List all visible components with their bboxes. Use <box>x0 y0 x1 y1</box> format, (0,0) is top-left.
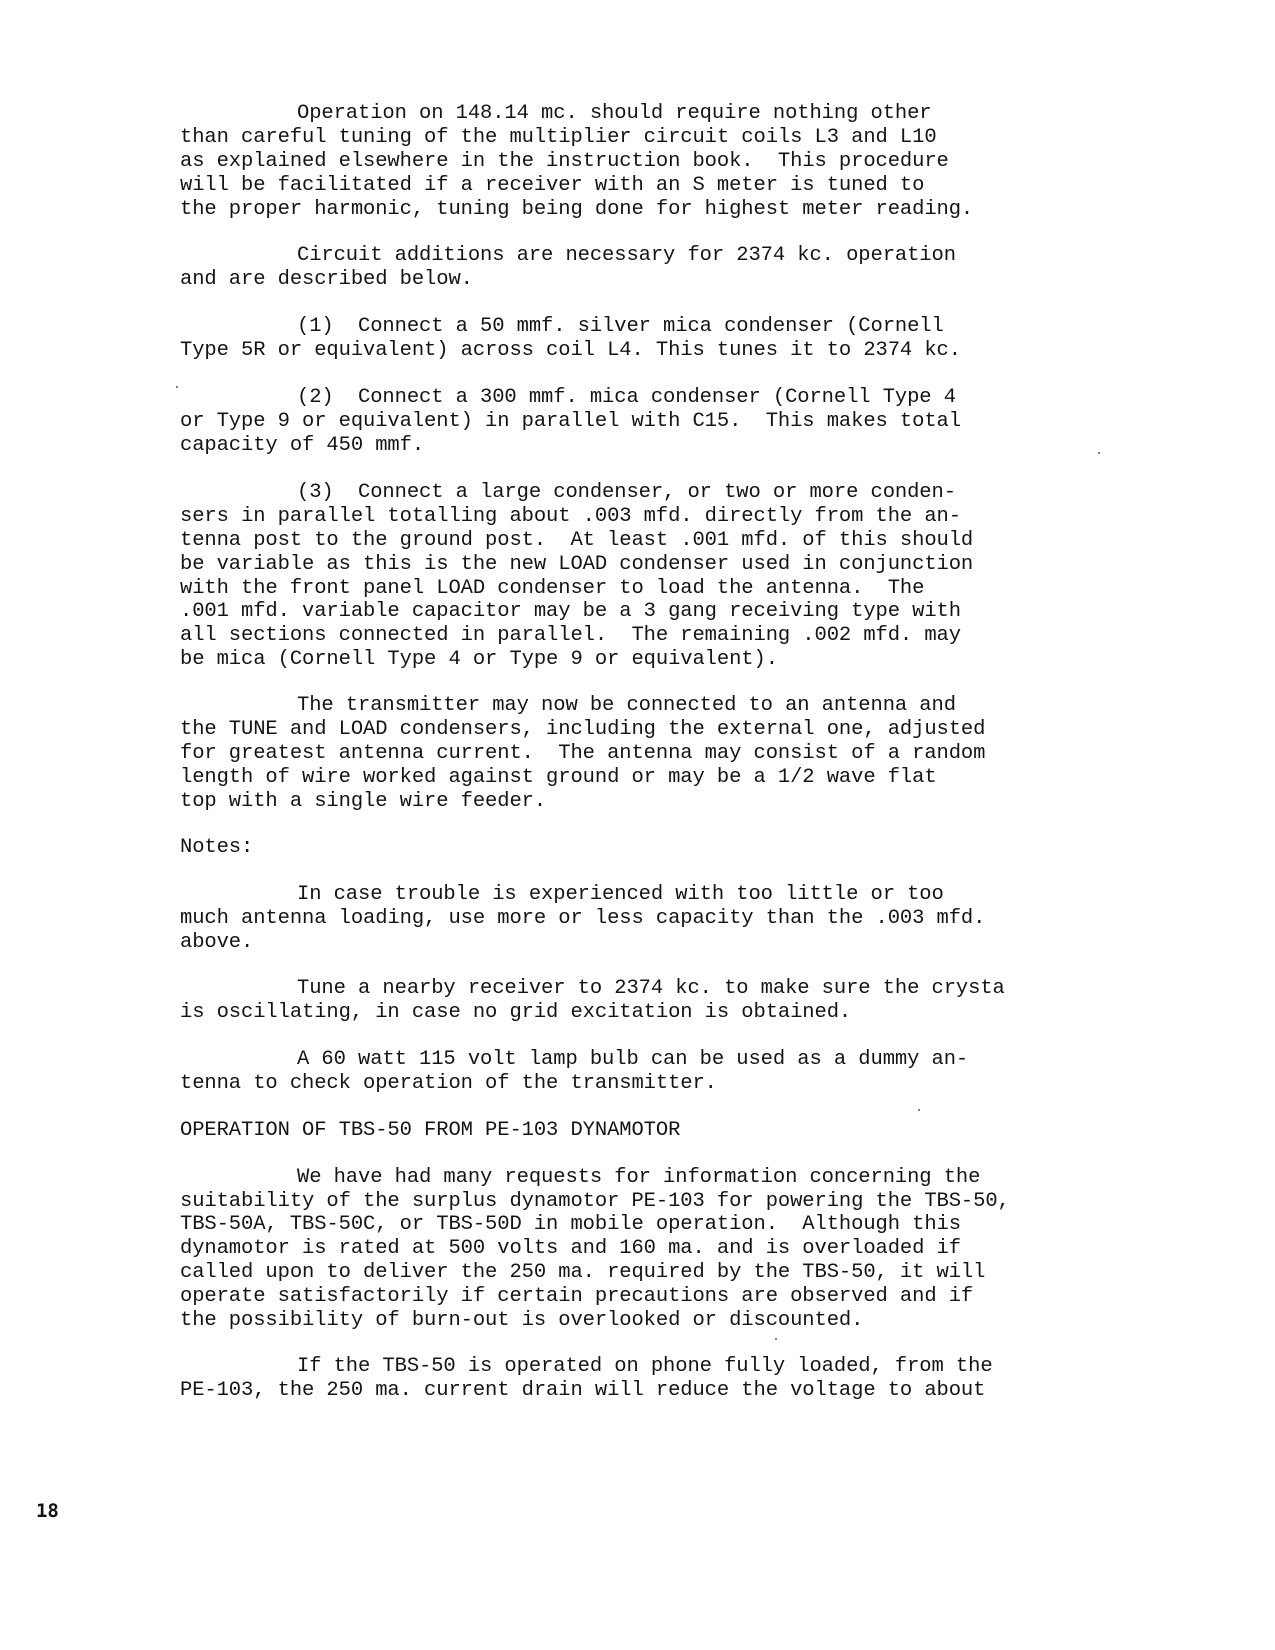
text-line: dynamotor is rated at 500 volts and 160 … <box>180 1237 961 1261</box>
text-line: called upon to deliver the 250 ma. requi… <box>180 1261 985 1285</box>
text-line: Type 5R or equivalent) across coil L4. T… <box>180 339 961 363</box>
text-line: A 60 watt 115 volt lamp bulb can be used… <box>297 1048 968 1072</box>
text-line: .001 mfd. variable capacitor may be a 3 … <box>180 600 961 624</box>
text-line: Tune a nearby receiver to 2374 kc. to ma… <box>297 977 1005 1001</box>
text-line: (3) Connect a large condenser, or two or… <box>297 481 956 505</box>
document-page: Operation on 148.14 mc. should require n… <box>0 0 1275 1650</box>
text-line: top with a single wire feeder. <box>180 790 546 814</box>
text-line: length of wire worked against ground or … <box>180 766 937 790</box>
text-line: tenna to check operation of the transmit… <box>180 1072 717 1096</box>
text-line: above. <box>180 931 253 955</box>
notes-label: Notes: <box>180 836 253 860</box>
text-line: PE-103, the 250 ma. current drain will r… <box>180 1379 985 1403</box>
scan-speck <box>918 1109 920 1111</box>
section-heading: OPERATION OF TBS-50 FROM PE-103 DYNAMOTO… <box>180 1119 680 1143</box>
text-line: the possibility of burn-out is overlooke… <box>180 1309 863 1333</box>
text-line: much antenna loading, use more or less c… <box>180 907 985 931</box>
text-line: Operation on 148.14 mc. should require n… <box>297 102 932 126</box>
text-line: with the front panel LOAD condenser to l… <box>180 577 924 601</box>
text-line: sers in parallel totalling about .003 mf… <box>180 505 961 529</box>
text-line: than careful tuning of the multiplier ci… <box>180 126 937 150</box>
text-line: capacity of 450 mmf. <box>180 434 424 458</box>
text-line: TBS-50A, TBS-50C, or TBS-50D in mobile o… <box>180 1213 961 1237</box>
text-line: the TUNE and LOAD condensers, including … <box>180 718 985 742</box>
text-line: We have had many requests for informatio… <box>297 1166 980 1190</box>
text-line: (2) Connect a 300 mmf. mica condenser (C… <box>297 386 956 410</box>
scan-speck <box>775 1338 777 1340</box>
text-line: for greatest antenna current. The antenn… <box>180 742 985 766</box>
scan-speck <box>176 386 178 388</box>
text-line: be mica (Cornell Type 4 or Type 9 or equ… <box>180 648 778 672</box>
text-line: (1) Connect a 50 mmf. silver mica conden… <box>297 315 944 339</box>
text-line: The transmitter may now be connected to … <box>297 694 956 718</box>
text-line: all sections connected in parallel. The … <box>180 624 961 648</box>
text-line: suitability of the surplus dynamotor PE-… <box>180 1190 1010 1214</box>
text-line: the proper harmonic, tuning being done f… <box>180 198 973 222</box>
text-line: will be facilitated if a receiver with a… <box>180 174 924 198</box>
text-line: If the TBS-50 is operated on phone fully… <box>297 1355 993 1379</box>
text-line: as explained elsewhere in the instructio… <box>180 150 949 174</box>
text-line: or Type 9 or equivalent) in parallel wit… <box>180 410 961 434</box>
text-line: is oscillating, in case no grid excitati… <box>180 1001 851 1025</box>
page-number: 18 <box>36 1500 59 1522</box>
scan-speck <box>1098 452 1100 454</box>
text-line: In case trouble is experienced with too … <box>297 883 944 907</box>
text-line: be variable as this is the new LOAD cond… <box>180 553 973 577</box>
text-line: Circuit additions are necessary for 2374… <box>297 244 956 268</box>
text-line: operate satisfactorily if certain precau… <box>180 1285 973 1309</box>
text-line: tenna post to the ground post. At least … <box>180 529 973 553</box>
text-line: and are described below. <box>180 268 473 292</box>
